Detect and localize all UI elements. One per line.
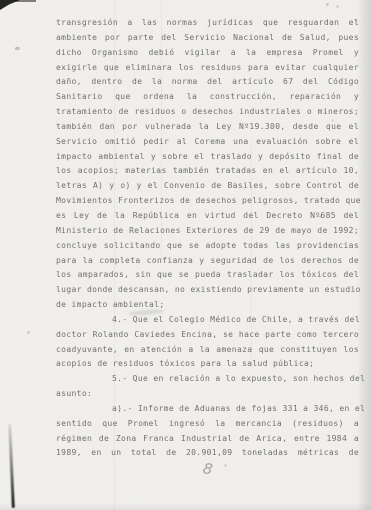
text-line: Movimientos Fronterizos de desechos peli… [56, 194, 359, 209]
handwritten-page-number: 8 [202, 459, 214, 478]
text-line: daño, dentro de la norma del artículo 67… [56, 75, 359, 90]
text-line: sentido que Promel ingresó la mercancia … [56, 417, 359, 432]
text-line: lugar donde descansan, no existiendo pre… [56, 283, 359, 298]
document-text-block: transgresión a las normas jurídicas que … [56, 16, 359, 461]
scan-edge-shadow-bottom [0, 502, 371, 510]
text-line: tratamiento de residuos o desechos indus… [56, 105, 359, 120]
scan-streak-artifact [8, 424, 15, 508]
text-line: impacto ambiental y sobre el traslado y … [56, 150, 359, 165]
text-line: es Ley de la República en virtud del Dec… [56, 209, 359, 224]
text-line: régimen de Zona Franca Industrial de Ari… [56, 432, 359, 447]
text-line: Servicio omitió pedir al Corema una eval… [56, 135, 359, 150]
text-line: doctor Rolando Caviedes Encina, se hace … [56, 328, 359, 343]
text-line: los amparados, sin que se pueda traslada… [56, 268, 359, 283]
text-line: de impacto ambiental; [56, 298, 359, 313]
margin-pencil-mark: ≈ [14, 44, 21, 54]
text-line: Sanitario que ordena la construcción, re… [56, 90, 359, 105]
text-line: 5.- Que en relación a lo expuesto, son h… [56, 372, 359, 387]
text-line: ambiente por parte del Servicio Nacional… [56, 31, 359, 46]
scanned-document-page: transgresión a las normas jurídicas que … [0, 0, 371, 510]
text-line: también dan por vulnerada la Ley Nº19.30… [56, 120, 359, 135]
scan-edge-shadow-right [357, 0, 371, 510]
text-line: los acopios; materias también tratadas e… [56, 164, 359, 179]
text-line: a).- Informe de Aduanas de fojas 331 a 3… [56, 402, 359, 417]
text-line: Ministerio de Relaciones Exteriores de 2… [56, 224, 359, 239]
text-line: asunto: [56, 387, 359, 402]
scan-edge-artifact [14, 0, 36, 2]
text-line: exigirle que eliminara los residuos para… [56, 61, 359, 76]
text-line: 4.- Que el Colegio Médico de Chile, a tr… [56, 313, 359, 328]
text-line: concluye solicitando que se adopte todas… [56, 239, 359, 254]
text-line: transgresión a las normas jurídicas que … [56, 16, 359, 31]
text-line: dicho Organismo debió vigilar a la empre… [56, 46, 359, 61]
text-line: coadyuvante, en atención a la amenaza qu… [56, 343, 359, 358]
text-line: letras A) y o) y el Convenio de Basiles,… [56, 179, 359, 194]
text-line: para la completa confianza y seguridad d… [56, 254, 359, 269]
text-line: acopios de residuos tóxicos para la salu… [56, 357, 359, 372]
scan-specks [0, 0, 1, 1]
